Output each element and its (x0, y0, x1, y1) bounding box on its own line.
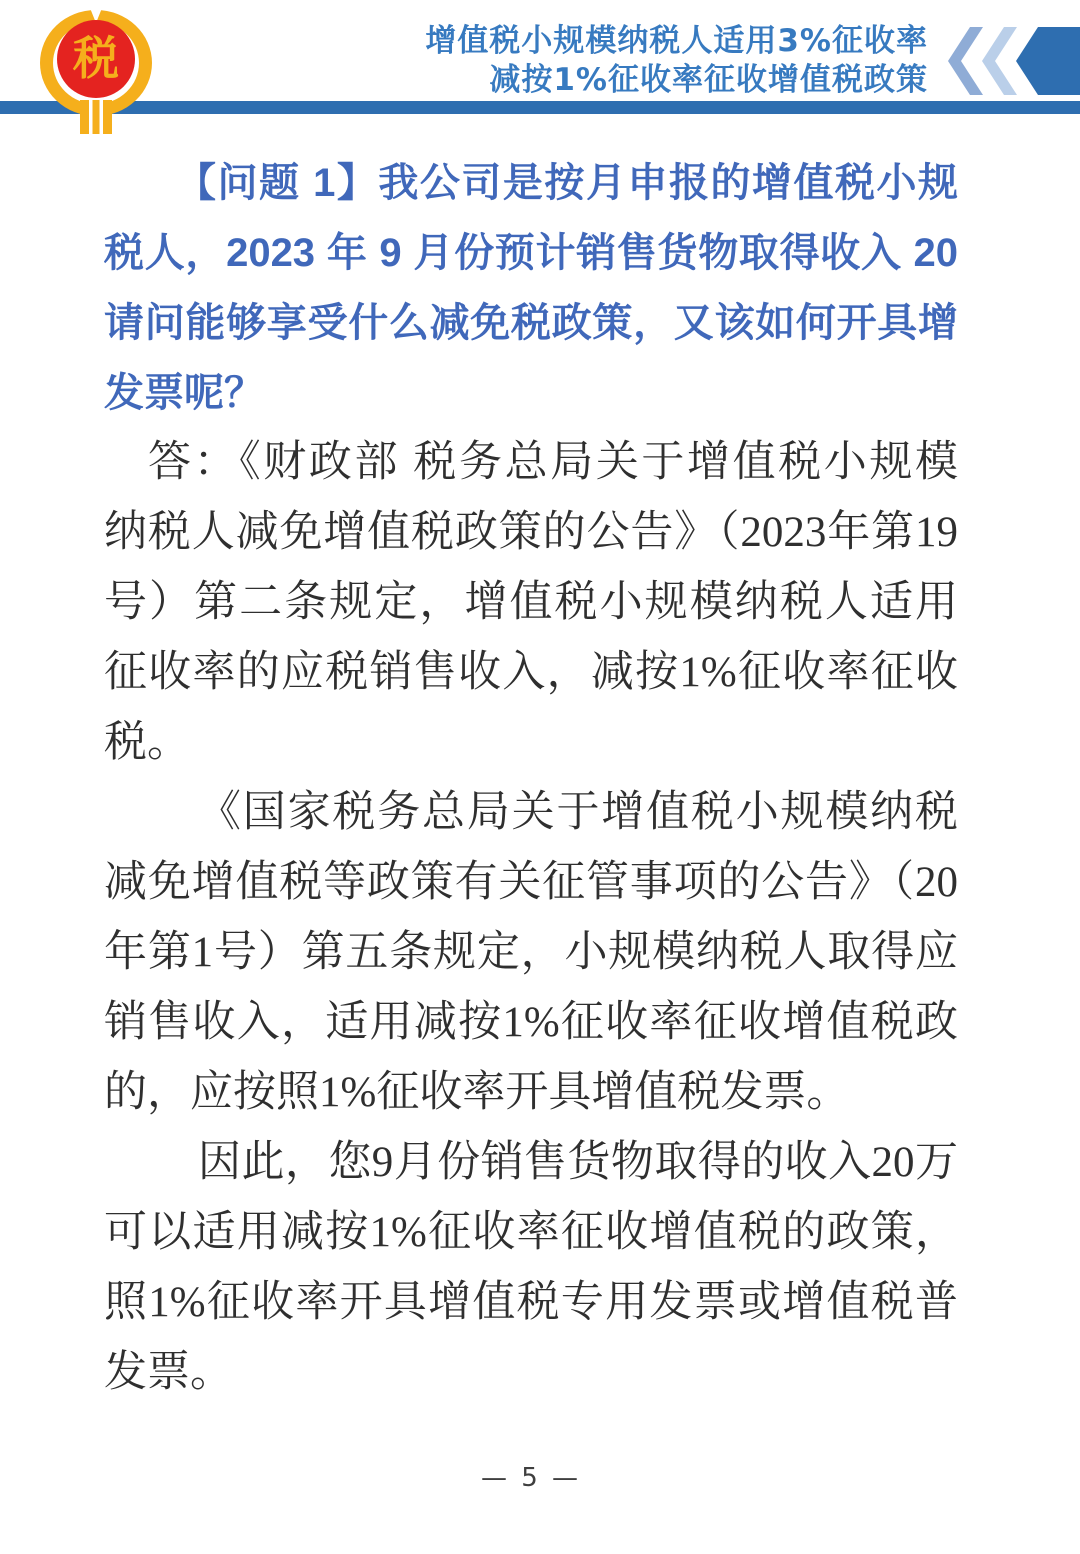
tax-bureau-logo-icon: 税 (34, 6, 158, 134)
banner-arrow-shape (1016, 27, 1080, 95)
header-title: 增值税小规模纳税人适用3%征收率 减按1%征收率征收增值税政策 (425, 22, 928, 100)
chevron-left-icon (948, 27, 983, 95)
answer-line: 发票。 (104, 1338, 958, 1408)
chevron-banner-decoration (948, 27, 1080, 95)
answer-line: 减免增值税等政策有关征管事项的公告》（2023 (104, 848, 958, 918)
answer-line: 销售收入，适用减按1%征收率征收增值税政策 (104, 988, 958, 1058)
answer-line: 税。 (104, 708, 958, 778)
question-line: 请问能够享受什么减免税政策，又该如何开具增值税 (104, 288, 958, 358)
page-header: 税 增值税小规模纳税人适用3%征收率 减按1%征收率征收增值税政策 (0, 0, 1080, 115)
answer-line: 年第1号）第五条规定，小规模纳税人取得应税 (104, 918, 958, 988)
question-line: 税人，2023 年 9 月份预计销售货物取得收入 20 万元， (104, 218, 958, 288)
header-title-line-2: 减按1%征收率征收增值税政策 (425, 61, 928, 100)
logo-tax-character: 税 (72, 32, 119, 84)
answer-line: 号）第二条规定，增值税小规模纳税人适用3% (104, 568, 958, 638)
chevron-left-icon (982, 27, 1017, 95)
answer-line: 答：《财政部 税务总局关于增值税小规模 (104, 428, 958, 498)
document-page: 税 增值税小规模纳税人适用3%征收率 减按1%征收率征收增值税政策 【问题 1】… (0, 0, 1080, 1554)
answer-line: 的，应按照1%征收率开具增值税发票。 (104, 1058, 958, 1128)
answer-line: 可以适用减按1%征收率征收增值税的政策，并按 (104, 1198, 958, 1268)
question-line: 【问题 1】我公司是按月申报的增值税小规模纳 (104, 148, 958, 218)
header-title-line-1: 增值税小规模纳税人适用3%征收率 (425, 22, 928, 61)
answer-line: 纳税人减免增值税政策的公告》（2023年第19 (104, 498, 958, 568)
logo-stem (80, 100, 112, 134)
answer-line: 征收率的应税销售收入，减按1%征收率征收增值 (104, 638, 958, 708)
page-body: 【问题 1】我公司是按月申报的增值税小规模纳 税人，2023 年 9 月份预计销… (0, 115, 1080, 1493)
page-number: — 5 — (104, 1463, 958, 1493)
header-divider-bar (0, 101, 1080, 114)
question-line: 发票呢？ (104, 358, 958, 428)
answer-line: 照1%征收率开具增值税专用发票或增值税普通 (104, 1268, 958, 1338)
answer-line: 《国家税务总局关于增值税小规模纳税人 (104, 778, 958, 848)
answer-line: 因此，您9月份销售货物取得的收入20万元， (104, 1128, 958, 1198)
